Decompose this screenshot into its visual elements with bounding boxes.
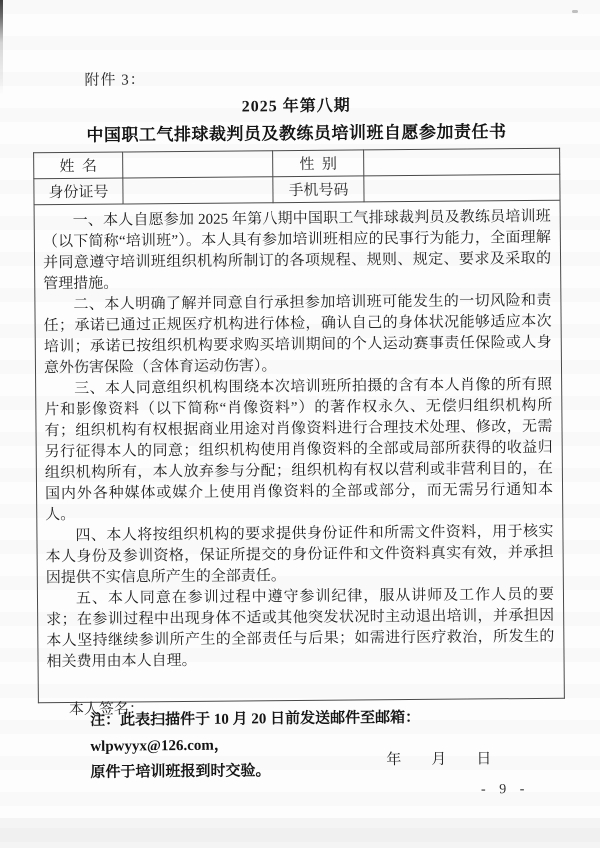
document-sheet: 附件 3： 2025 年第八期 中国职工气排球裁判员及教练员培训班自愿参加责任书… [32, 68, 565, 787]
name-label: 姓名 [34, 152, 123, 179]
id-number-value-cell [123, 177, 273, 204]
term-paragraph-3: 三、本人同意组织机构围绕本次培训班所拍摄的含有本人肖像的所有照片和影像资料（以下… [44, 375, 553, 526]
phone-number-value-cell [364, 174, 560, 202]
term-paragraph-4: 四、本人将按组织机构的要求提供身份证件和所需文件资料，用于核实本人身份及参训资格… [45, 522, 554, 589]
name-value-cell [123, 151, 273, 178]
info-table: 姓名 性别 身份证号 手机号码 [33, 148, 560, 206]
gender-value-cell [364, 148, 560, 176]
page-number: - 9 - [459, 782, 549, 799]
note-block: 注：此表扫描件于 10 月 20 日前发送邮件至邮箱：wlpwyyx@126.c… [90, 704, 543, 786]
phone-number-label: 手机号码 [273, 176, 364, 203]
id-number-label: 身份证号 [34, 178, 123, 205]
terms-section: 一、本人自愿参加 2025 年第八期中国职工气排球裁判员及教练员培训班（以下简称… [34, 201, 565, 704]
attachment-label: 附件 3： [84, 68, 559, 90]
doc-title-main: 中国职工气排球裁判员及教练员培训班自愿参加责任书 [33, 119, 560, 149]
scan-bottom-band [0, 818, 600, 848]
scan-dot-artifact-right [572, 10, 578, 13]
scan-edge-artifact-left [0, 0, 3, 95]
term-paragraph-2: 二、本人明确了解并同意自行承担参加培训班可能发生的一切风险和责任；承诺已通过正规… [43, 291, 552, 379]
table-row-id-phone: 身份证号 手机号码 [34, 174, 560, 205]
doc-title-session: 2025 年第八期 [33, 93, 560, 121]
term-paragraph-1: 一、本人自愿参加 2025 年第八期中国职工气排球裁判员及教练员培训班（以下简称… [43, 207, 552, 295]
gender-label: 性别 [273, 150, 364, 177]
term-paragraph-5: 五、本人同意在参训过程中遵守参训纪律，服从讲师及工作人员的要求；在参训过程中出现… [46, 585, 555, 673]
